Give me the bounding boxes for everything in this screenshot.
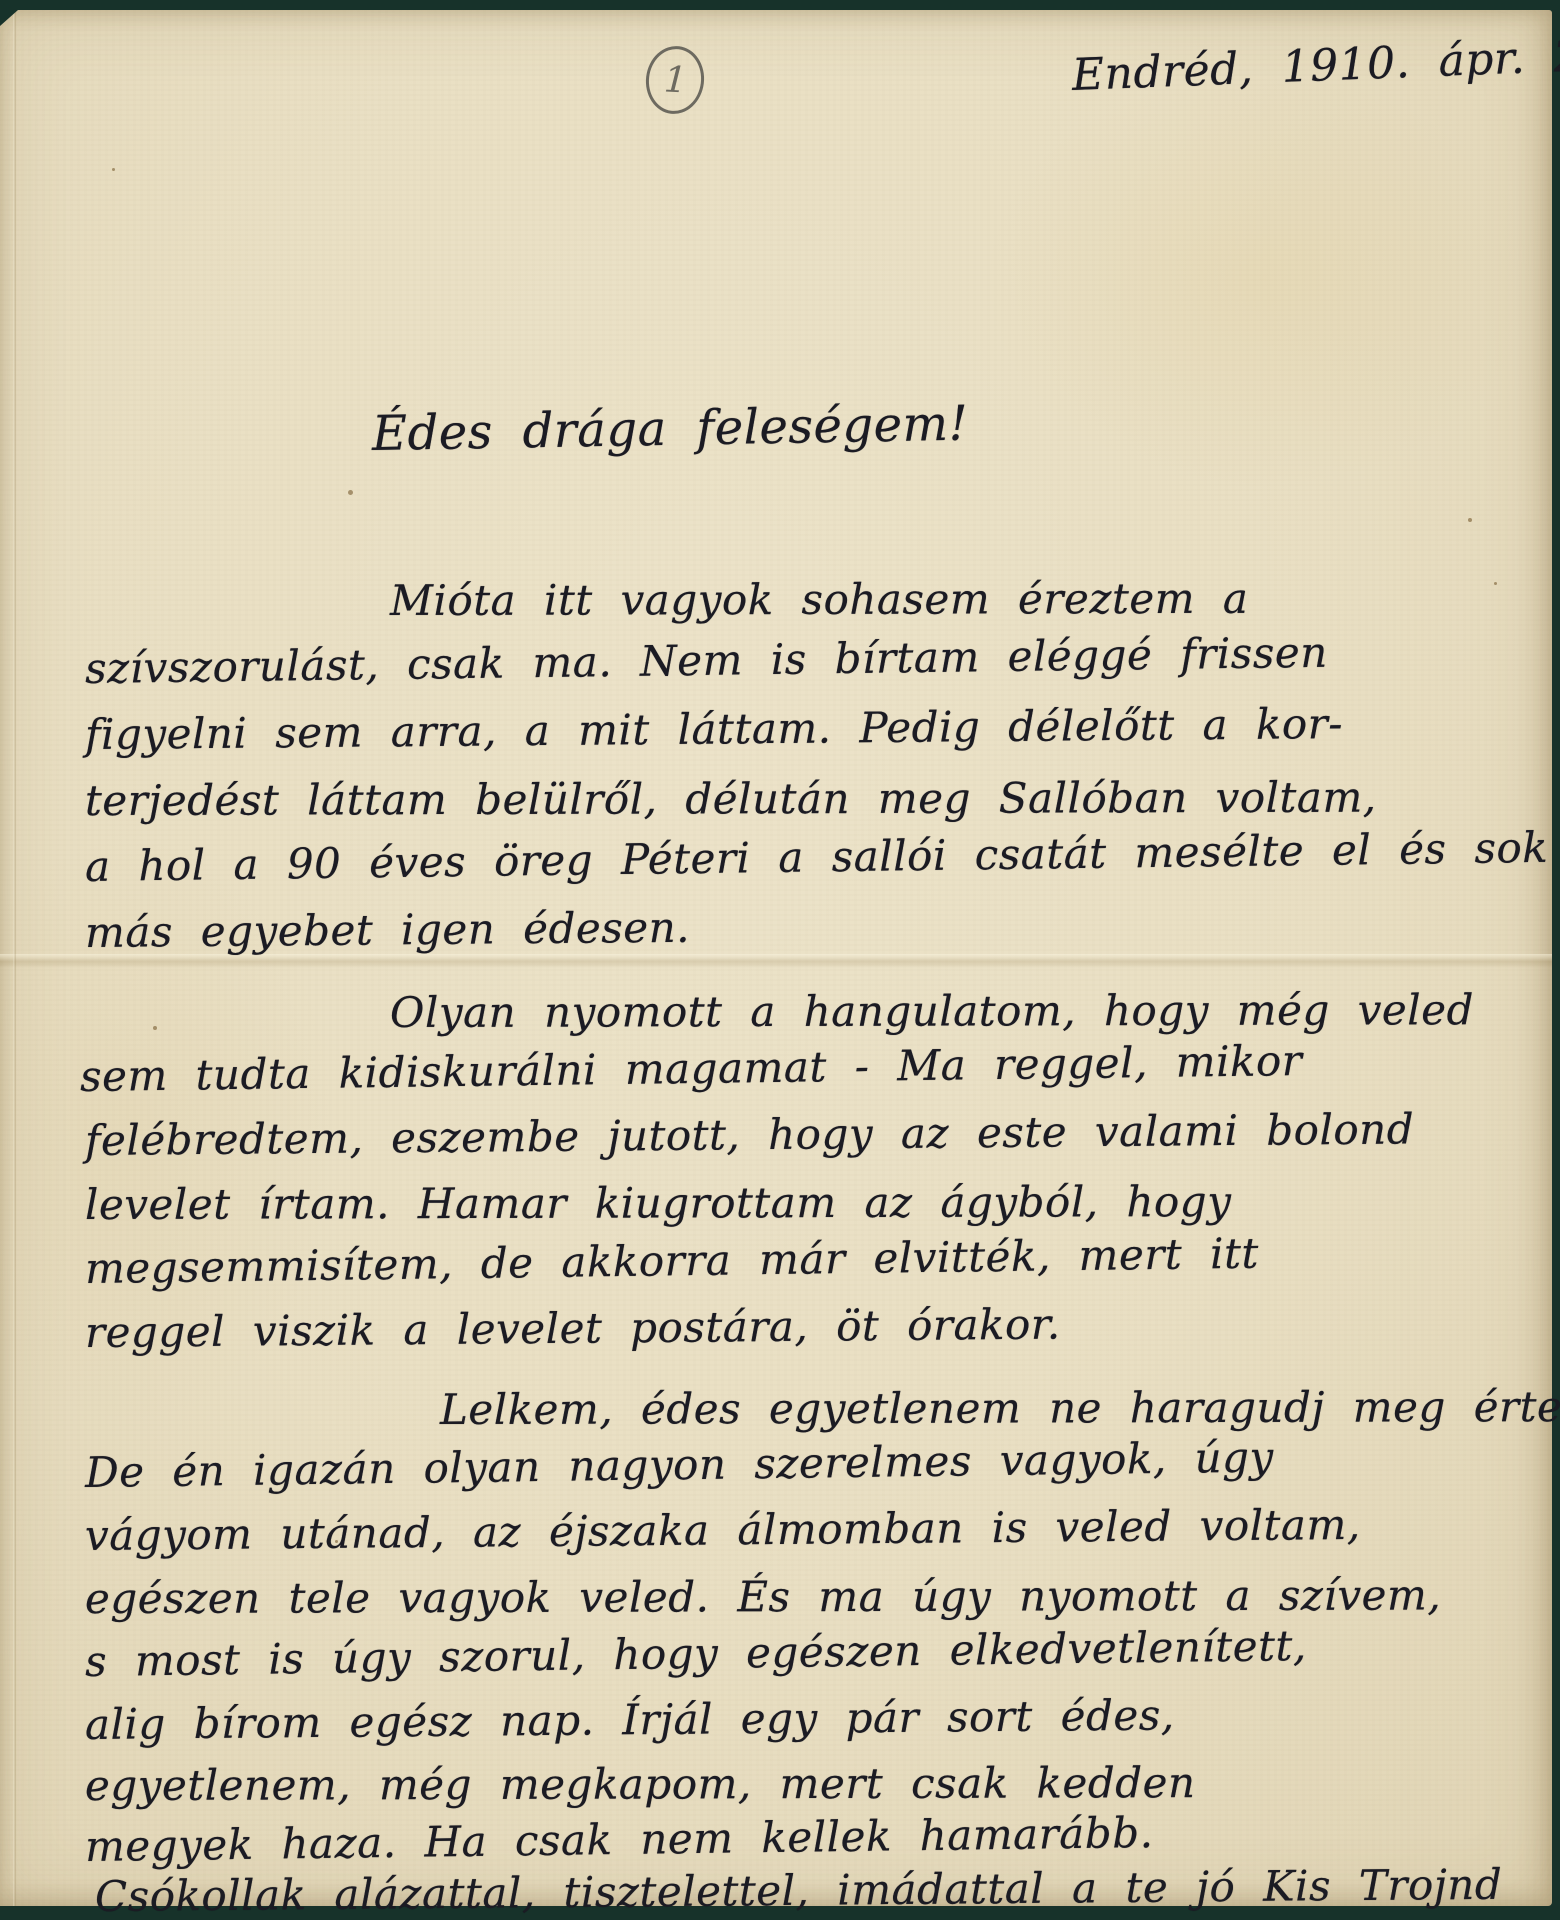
letter-line: alig bírom egész nap. Írjál egy pár sort… xyxy=(85,1690,1175,1749)
horizontal-fold-crease xyxy=(0,954,1552,968)
letter-line: terjedést láttam belülről, délután meg S… xyxy=(85,773,1377,825)
foxing-speck xyxy=(153,1026,157,1030)
left-edge-crease xyxy=(13,10,16,1906)
foxing-speck xyxy=(112,168,115,171)
foxing-speck xyxy=(348,490,353,495)
foxing-speck xyxy=(1494,582,1497,585)
scanned-letter-page: 1 Endréd, 1910. ápr. 29. Édes drága fele… xyxy=(0,0,1560,1920)
letter-paper-sheet: 1 Endréd, 1910. ápr. 29. Édes drága fele… xyxy=(0,10,1552,1906)
letter-line: Olyan nyomott a hangulatom, hogy még vel… xyxy=(390,985,1474,1037)
letter-line: egyetlenem, még megkapom, mert csak kedd… xyxy=(85,1758,1196,1810)
letter-line: levelet írtam. Hamar kiugrottam az ágybó… xyxy=(85,1177,1232,1229)
page-number-digit: 1 xyxy=(662,59,687,101)
letter-line: Lelkem, édes egyetlenem ne haragudj meg … xyxy=(440,1382,1560,1434)
letter-line: egészen tele vagyok veled. És ma úgy nyo… xyxy=(85,1570,1441,1623)
scan-corner-notch xyxy=(0,10,18,26)
letter-line: Mióta itt vagyok sohasem éreztem a xyxy=(390,574,1249,625)
letter-line: reggel viszik a levelet postára, öt órak… xyxy=(85,1299,1061,1357)
letter-line: más egyebet igen édesen. xyxy=(85,903,690,957)
foxing-speck xyxy=(1468,518,1472,522)
salutation: Édes drága feleségem! xyxy=(372,396,969,462)
